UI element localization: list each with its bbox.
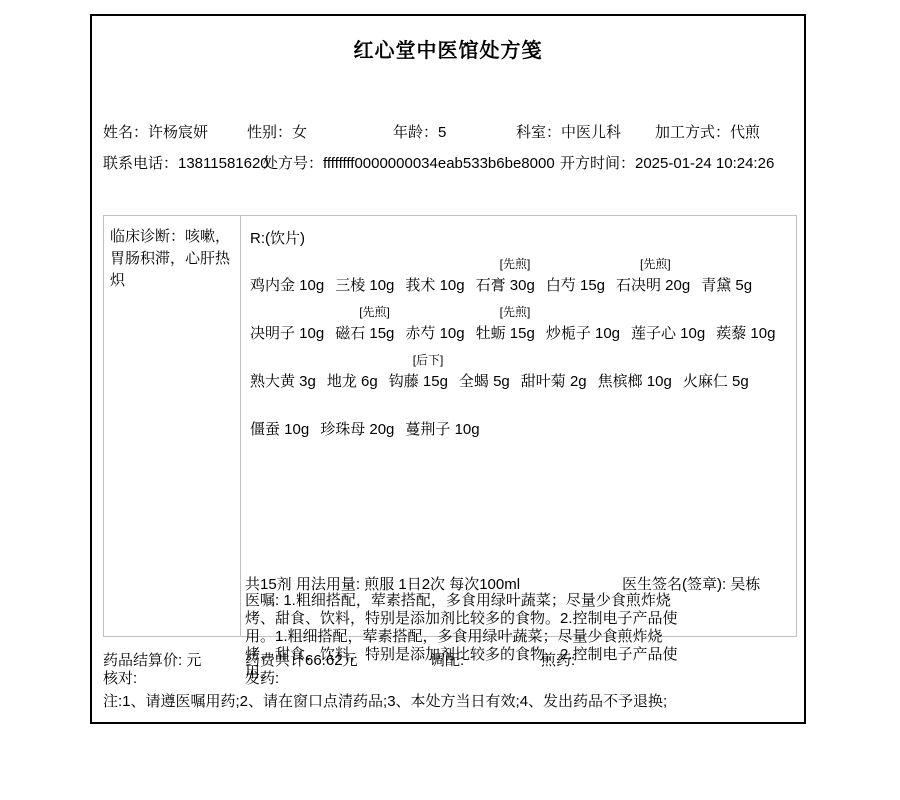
herb-item: 炒栀子 10g	[546, 302, 620, 343]
decoction-tag: [先煎]	[359, 303, 390, 320]
herb-name-dose: 鸡内金 10g	[250, 274, 324, 295]
dosage-usage-line: 共15剂 用法用量: 煎服 1日2次 每次100ml	[245, 573, 520, 594]
herb-item: [后下]钩藤 15g	[389, 350, 448, 391]
rx-header: R:(饮片)	[250, 227, 305, 248]
herb-item: [先煎]牡蛎 15g	[476, 302, 535, 343]
herb-item: 地龙 6g	[327, 350, 378, 391]
herb-name-dose: 甜叶菊 2g	[521, 370, 587, 391]
herb-name-dose: 白芍 15g	[546, 274, 605, 295]
decoction-tag: [后下]	[413, 351, 444, 368]
check-label: 核对:	[103, 667, 137, 688]
herb-name-dose: 赤芍 10g	[405, 322, 464, 343]
dispense-label: 调配:	[430, 649, 464, 670]
herb-item: 青黛 5g	[701, 254, 752, 295]
herb-name-dose: 炒栀子 10g	[546, 322, 620, 343]
herb-name-dose: 蒺藜 10g	[716, 322, 775, 343]
herb-item: 白芍 15g	[546, 254, 605, 295]
herb-name-dose: 熟大黄 3g	[250, 370, 316, 391]
herb-name-dose: 石决明 20g	[616, 274, 690, 295]
herb-row: 决明子 10g[先煎]磁石 15g赤芍 10g[先煎]牡蛎 15g炒栀子 10g…	[250, 301, 775, 343]
herb-row: 鸡内金 10g三棱 10g莪术 10g[先煎]石膏 30g白芍 15g[先煎]石…	[250, 253, 752, 295]
herb-name-dose: 焦槟榔 10g	[598, 370, 672, 391]
herb-item: 熟大黄 3g	[250, 350, 316, 391]
processing-method: 加工方式：代煎	[655, 121, 760, 142]
herb-item: 火麻仁 5g	[683, 350, 749, 391]
decoction-tag: [先煎]	[500, 255, 531, 272]
herb-item: 决明子 10g	[250, 302, 324, 343]
herb-item: 莲子心 10g	[631, 302, 705, 343]
herb-item: 珍珠母 20g	[320, 398, 394, 439]
issue-label: 发药:	[245, 667, 279, 688]
herb-name-dose: 磁石 15g	[335, 322, 394, 343]
herb-item: 甜叶菊 2g	[521, 350, 587, 391]
herb-item: 僵蚕 10g	[250, 398, 309, 439]
patient-gender: 性别：女	[247, 121, 307, 142]
prescription-page: 红心堂中医馆处方笺 姓名：许杨宸妍 性别：女 年龄：5 科室：中医儿科 加工方式…	[0, 0, 900, 800]
herb-row: 熟大黄 3g地龙 6g[后下]钩藤 15g全蝎 5g甜叶菊 2g焦槟榔 10g火…	[250, 349, 749, 391]
herb-item: [先煎]石决明 20g	[616, 254, 690, 295]
herb-name-dose: 莲子心 10g	[631, 322, 705, 343]
department: 科室：中医儿科	[516, 121, 621, 142]
herb-name-dose: 地龙 6g	[327, 370, 378, 391]
herb-item: 鸡内金 10g	[250, 254, 324, 295]
clinical-diagnosis: 临床诊断：咳嗽，胃肠积滞，心肝热炽	[110, 226, 236, 292]
herb-name-dose: 莪术 10g	[405, 274, 464, 295]
herb-name-dose: 火麻仁 5g	[683, 370, 749, 391]
herb-name-dose: 全蝎 5g	[459, 370, 510, 391]
herb-item: [先煎]磁石 15g	[335, 302, 394, 343]
herb-item: [先煎]石膏 30g	[476, 254, 535, 295]
herb-item: 蔓荆子 10g	[405, 398, 479, 439]
doctor-signature: 医生签名(签章): 吴栋	[622, 573, 760, 594]
page-title: 红心堂中医馆处方笺	[90, 34, 806, 63]
herb-name-dose: 僵蚕 10g	[250, 418, 309, 439]
herb-item: 焦槟榔 10g	[598, 350, 672, 391]
herb-name-dose: 珍珠母 20g	[320, 418, 394, 439]
prescription-number: 处方号：ffffffff0000000034eab533b6be8000	[263, 152, 555, 173]
patient-name: 姓名：许杨宸妍	[103, 121, 208, 142]
decoction-tag: [先煎]	[640, 255, 671, 272]
decoction-tag: [先煎]	[500, 303, 531, 320]
herb-item: 赤芍 10g	[405, 302, 464, 343]
herb-name-dose: 牡蛎 15g	[476, 322, 535, 343]
herb-item: 全蝎 5g	[459, 350, 510, 391]
herb-name-dose: 石膏 30g	[476, 274, 535, 295]
herb-name-dose: 钩藤 15g	[389, 370, 448, 391]
contact-phone: 联系电话：13811581620	[103, 152, 269, 173]
herb-row: 僵蚕 10g珍珠母 20g蔓荆子 10g	[250, 397, 480, 439]
prescription-time: 开方时间：2025-01-24 10:24:26	[560, 152, 774, 173]
herb-name-dose: 蔓荆子 10g	[405, 418, 479, 439]
herb-name-dose: 三棱 10g	[335, 274, 394, 295]
footnote: 注:1、请遵医嘱用药;2、请在窗口点清药品;3、本处方当日有效;4、发出药品不予…	[103, 690, 667, 711]
patient-age: 年龄：5	[393, 121, 446, 142]
rx-column-divider	[240, 215, 241, 637]
herb-name-dose: 决明子 10g	[250, 322, 324, 343]
decoct-label: 煎药:	[541, 649, 575, 670]
herb-item: 三棱 10g	[335, 254, 394, 295]
herb-item: 蒺藜 10g	[716, 302, 775, 343]
herb-name-dose: 青黛 5g	[701, 274, 752, 295]
herb-item: 莪术 10g	[405, 254, 464, 295]
